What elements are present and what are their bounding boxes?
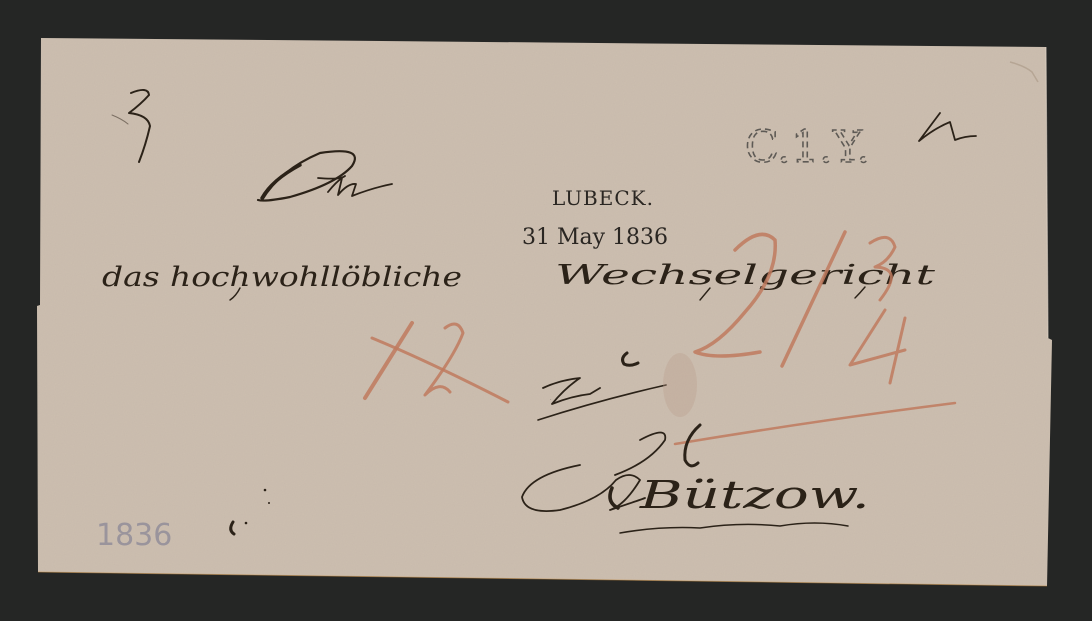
seal-stain — [663, 353, 697, 417]
postmark-date: 31 May 1836 — [522, 225, 668, 250]
pencil-annotation: 1836 — [96, 518, 172, 553]
destination-text: Bützow. — [638, 473, 870, 517]
address-line-1-left: das hochwohllöbliche — [102, 262, 462, 293]
cover-scene: An LUBECK. 31 May 1836 C.1.Y. das hochwo… — [0, 0, 1092, 621]
postmark-city: LUBECK. — [552, 186, 654, 210]
pencil-1836: 1836 — [96, 518, 172, 553]
faint-marking-text: C.1.Y. — [745, 122, 870, 173]
letter-paper — [37, 38, 1052, 586]
faint-marking: C.1.Y. — [745, 122, 870, 173]
preposition-text: zu — [549, 399, 552, 401]
